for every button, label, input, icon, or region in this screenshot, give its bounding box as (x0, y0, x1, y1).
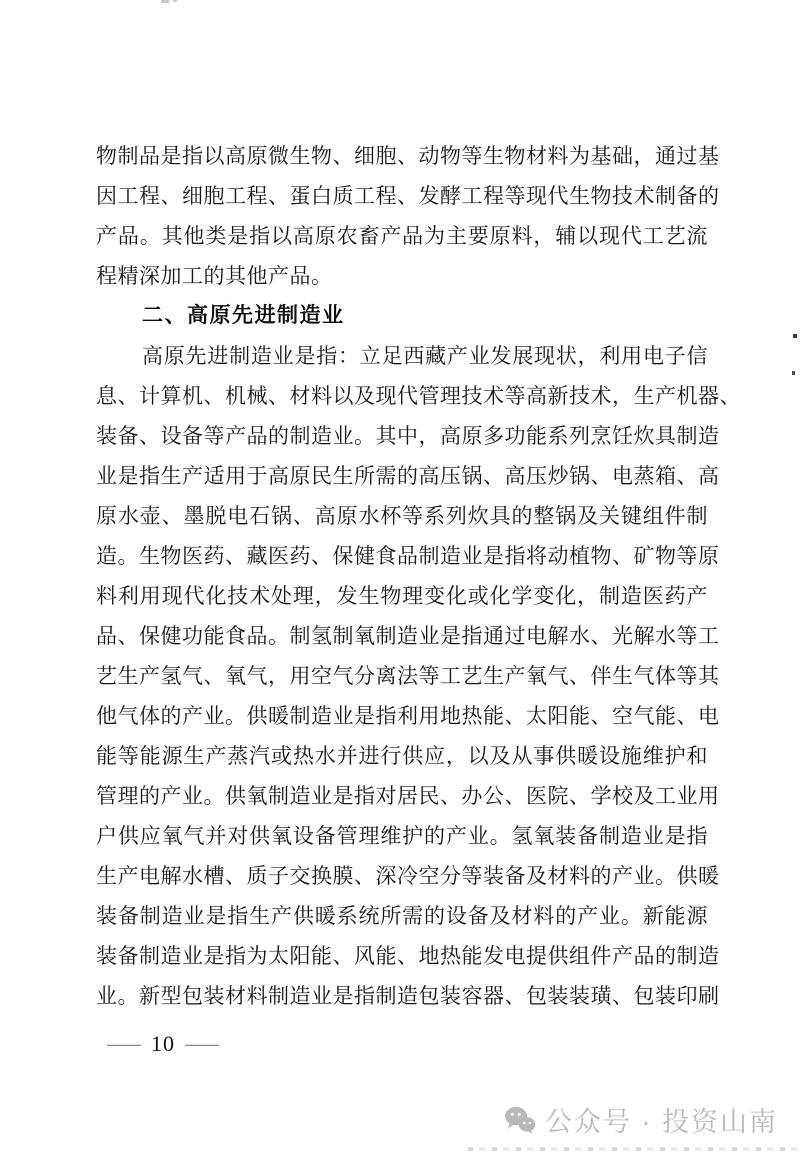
text-line: 装备、设备等产品的制造业。其中，高原多功能系列烹饪炊具制造 (96, 416, 708, 456)
scan-artifact (468, 1147, 798, 1151)
text-line: 户供应氧气并对供氧设备管理维护的产业。氢氧装备制造业是指 (96, 816, 708, 856)
page-number-value: 10 (151, 1031, 175, 1057)
text-line: 料利用现代化技术处理，发生物理变化或化学变化，制造医药产 (96, 576, 708, 616)
text-line: 能等能源生产蒸汽或热水并进行供应，以及从事供暖设施维护和 (96, 736, 708, 776)
text-line: 他气体的产业。供暖制造业是指利用地热能、太阳能、空气能、电 (96, 696, 708, 736)
scan-artifact (793, 334, 797, 338)
text-line: 息、计算机、机械、材料以及现代管理技术等高新技术，生产机器、 (96, 376, 708, 416)
text-line: 程精深加工的其他产品。 (96, 256, 708, 296)
text-line: 原水壶、墨脱电石锅、高原水杯等系列炊具的整锅及关键组件制 (96, 496, 708, 536)
page-number: — 10 — (112, 1031, 214, 1057)
text-line: 业。新型包装材料制造业是指制造包装容器、包装装璜、包装印刷 (96, 976, 708, 1016)
text-line: 装备制造业是指生产供暖系统所需的设备及材料的产业。新能源 (96, 896, 708, 936)
wechat-icon (504, 1106, 536, 1134)
scan-artifact (173, 0, 177, 2)
scan-artifact (161, 0, 169, 3)
text-line: 业是指生产适用于高原民生所需的高压锅、高压炒锅、电蒸箱、高 (96, 456, 708, 496)
document-page: 物制品是指以高原微生物、细胞、动物等生物材料为基础，通过基 因工程、细胞工程、蛋… (0, 0, 800, 1153)
section-heading: 二、高原先进制造业 (96, 296, 708, 336)
page-number-dash: — (185, 1032, 219, 1056)
text-line: 装备制造业是指为太阳能、风能、地热能发电提供组件产品的制造 (96, 936, 708, 976)
body-text: 物制品是指以高原微生物、细胞、动物等生物材料为基础，通过基 因工程、细胞工程、蛋… (96, 136, 708, 1016)
text-line: 物制品是指以高原微生物、细胞、动物等生物材料为基础，通过基 (96, 136, 708, 176)
text-line: 因工程、细胞工程、蛋白质工程、发酵工程等现代生物技术制备的 (96, 176, 708, 216)
watermark: 公众号 · 投资山南 (504, 1100, 778, 1139)
text-line: 造。生物医药、藏医药、保健食品制造业是指将动植物、矿物等原 (96, 536, 708, 576)
page-number-dash: — (107, 1032, 141, 1056)
text-line: 高原先进制造业是指：立足西藏产业发展现状，利用电子信 (96, 336, 708, 376)
text-line: 品、保健功能食品。制氢制氧制造业是指通过电解水、光解水等工 (96, 616, 708, 656)
watermark-label: 公众号 · 投资山南 (545, 1100, 778, 1139)
text-line: 管理的产业。供氧制造业是指对居民、办公、医院、学校及工业用 (96, 776, 708, 816)
text-line: 生产电解水槽、质子交换膜、深冷空分等装备及材料的产业。供暖 (96, 856, 708, 896)
text-line: 产品。其他类是指以高原农畜产品为主要原料，辅以现代工艺流 (96, 216, 708, 256)
scan-artifact (792, 371, 795, 375)
text-line: 艺生产氢气、氧气，用空气分离法等工艺生产氧气、伴生气体等其 (96, 656, 708, 696)
